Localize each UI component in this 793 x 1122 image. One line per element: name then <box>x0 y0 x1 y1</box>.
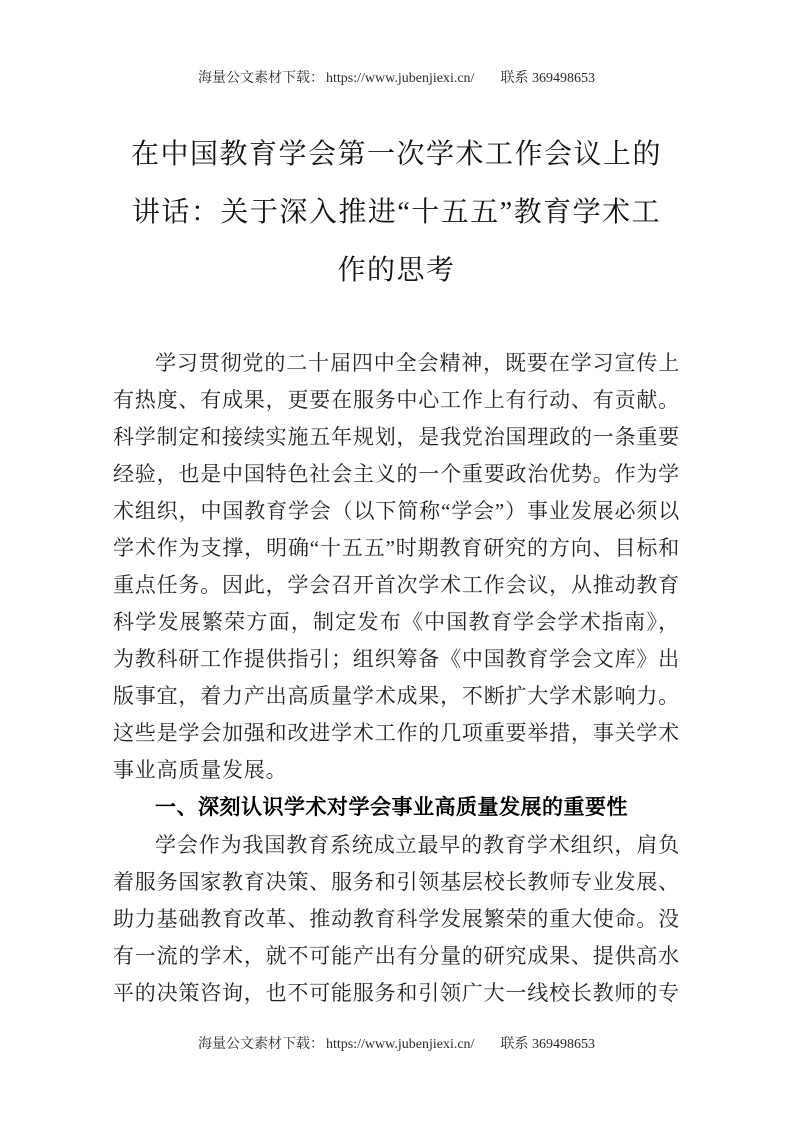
document-title: 在中国教育学会第一次学术工作会议上的 讲话：关于深入推进“十五五”教育学术工 作… <box>113 126 680 300</box>
document-body: 学习贯彻党的二十届四中全会精神，既要在学习宣传上有热度、有成果，更要在服务中心工… <box>113 345 680 1012</box>
section-heading-1: 一、深刻认识学术对学会事业高质量发展的重要性 <box>113 789 680 827</box>
footer-contact: 联系 369498653 <box>500 1036 595 1054</box>
title-line-3: 作的思考 <box>113 242 680 300</box>
document-content: 在中国教育学会第一次学术工作会议上的 讲话：关于深入推进“十五五”教育学术工 作… <box>113 0 680 1012</box>
page-footer: 海量公文素材下载： https://www.jubenjiexi.cn/ 联系 … <box>113 1036 680 1054</box>
footer-label: 海量公文素材下载： <box>198 1036 324 1054</box>
paragraph-1: 学习贯彻党的二十届四中全会精神，既要在学习宣传上有热度、有成果，更要在服务中心工… <box>113 345 680 789</box>
document-page: 海量公文素材下载： https://www.jubenjiexi.cn/ 联系 … <box>0 0 793 1122</box>
title-line-2: 讲话：关于深入推进“十五五”教育学术工 <box>113 184 680 242</box>
paragraph-2: 学会作为我国教育系统成立最早的教育学术组织，肩负着服务国家教育决策、服务和引领基… <box>113 827 680 1012</box>
footer-url: https://www.jubenjiexi.cn/ <box>326 1036 474 1054</box>
title-line-1: 在中国教育学会第一次学术工作会议上的 <box>113 126 680 184</box>
